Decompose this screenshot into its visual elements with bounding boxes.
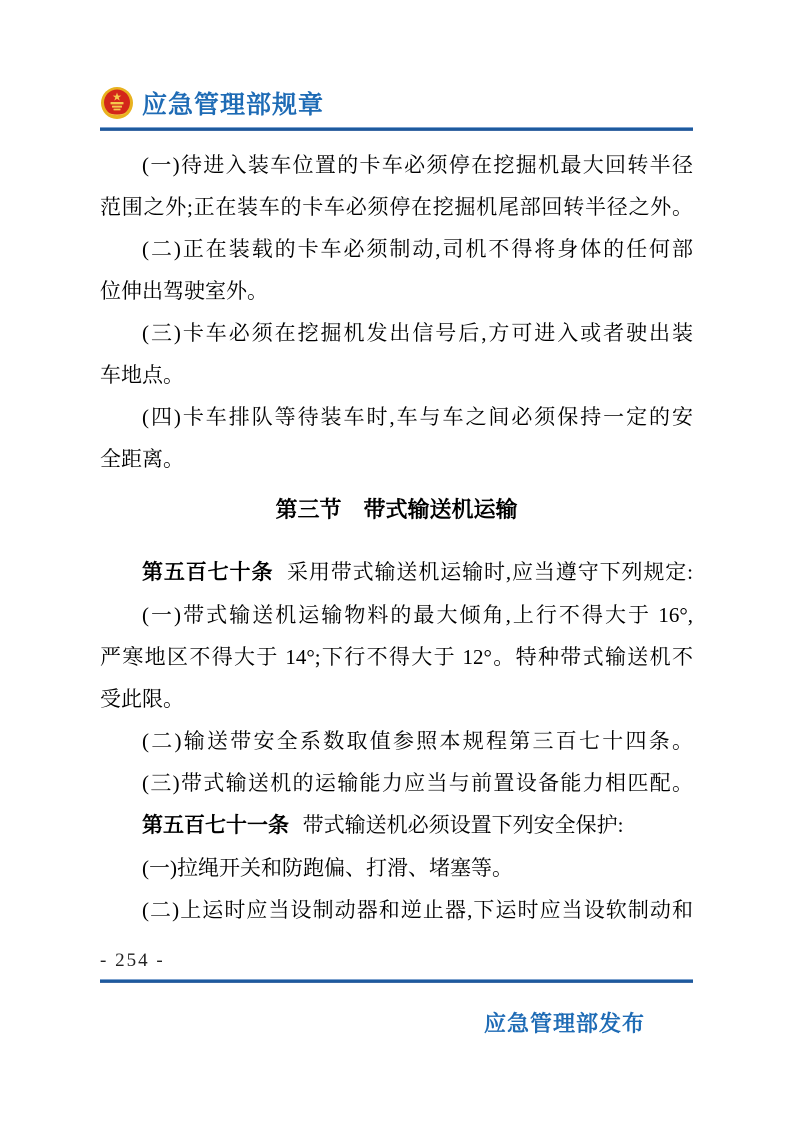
body-line: (三)卡车必须在挖掘机发出信号后,方可进入或者驶出装 [100,312,693,354]
national-emblem-icon [100,86,134,120]
article-line: 第五百七十条采用带式输送机运输时,应当遵守下列规定: [100,551,693,594]
article-line: 第五百七十一条带式输送机必须设置下列安全保护: [100,804,693,847]
body-line: (二)正在装载的卡车必须制动,司机不得将身体的任何部 [100,228,693,270]
section-heading: 第三节 带式输送机运输 [100,489,693,531]
header-title: 应急管理部规章 [142,85,324,121]
body-line: 车地点。 [100,354,693,396]
document-body: (一)待进入装车位置的卡车必须停在挖掘机最大回转半径 范围之外;正在装车的卡车必… [100,144,693,931]
article-text: 带式输送机必须设置下列安全保护: [303,813,624,837]
body-line: (四)卡车排队等待装车时,车与车之间必须保持一定的安 [100,396,693,438]
body-line: 严寒地区不得大于 14°;下行不得大于 12°。特种带式输送机不 [100,636,693,678]
body-line: 位伸出驾驶室外。 [100,270,693,312]
body-line: (二)上运时应当设制动器和逆止器,下运时应当设软制动和 [100,889,693,931]
header-brand: 应急管理部规章 [100,0,693,120]
article-text: 采用带式输送机运输时,应当遵守下列规定: [287,560,693,584]
document-page: 应急管理部规章 (一)待进入装车位置的卡车必须停在挖掘机最大回转半径 范围之外;… [0,0,793,1122]
body-line: (一)拉绳开关和防跑偏、打滑、堵塞等。 [100,847,693,889]
body-line: (二)输送带安全系数取值参照本规程第三百七十四条。 [100,720,693,762]
article-number: 第五百七十一条 [142,814,289,837]
publisher-label: 应急管理部发布 [100,1007,693,1038]
body-line: 范围之外;正在装车的卡车必须停在挖掘机尾部回转半径之外。 [100,186,693,228]
article-number: 第五百七十条 [142,561,273,584]
body-line: (三)带式输送机的运输能力应当与前置设备能力相匹配。 [100,762,693,804]
page-header: 应急管理部规章 [100,0,693,131]
page-footer: - 254 - 应急管理部发布 [100,948,693,1038]
header-divider [100,127,693,131]
body-line: (一)待进入装车位置的卡车必须停在挖掘机最大回转半径 [100,144,693,186]
body-line: 受此限。 [100,678,693,720]
footer-divider [100,979,693,983]
page-number: - 254 - [100,948,693,974]
body-line: (一)带式输送机运输物料的最大倾角,上行不得大于 16°, [100,594,693,636]
body-line: 全距离。 [100,438,693,480]
